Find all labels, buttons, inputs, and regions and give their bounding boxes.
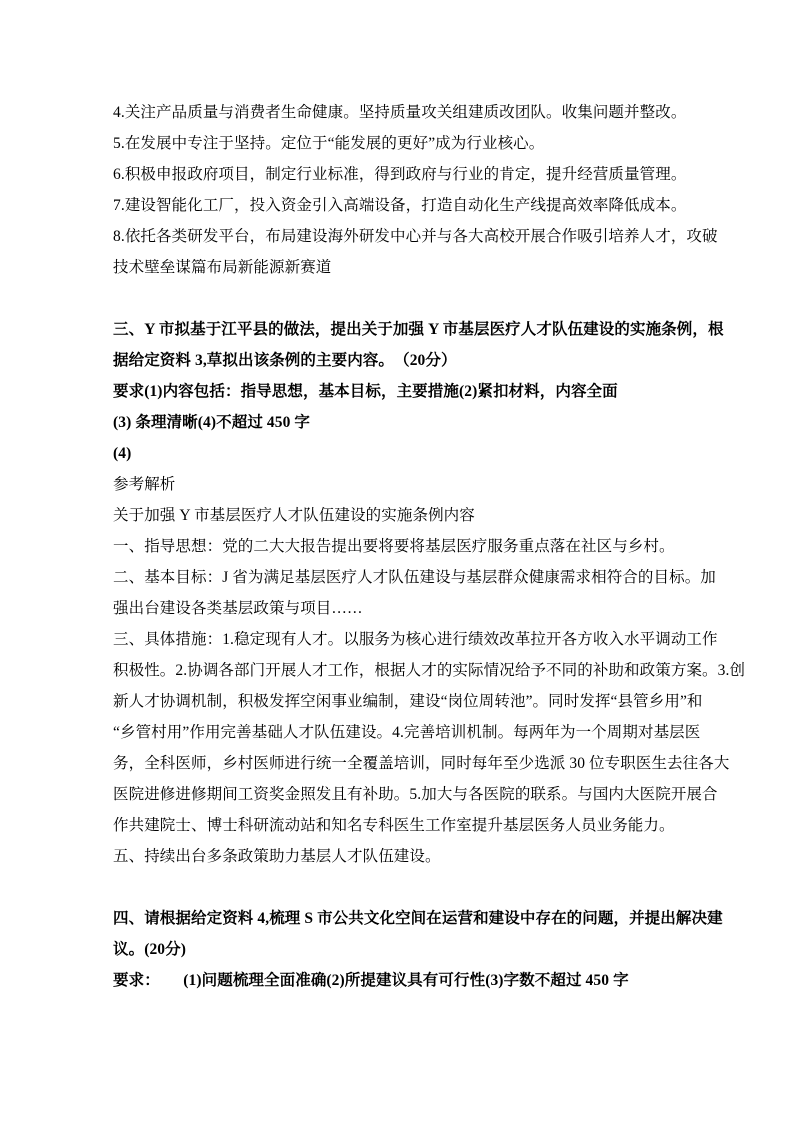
text-line: 参考解析 [113,469,695,500]
text-line: 5.在发展中专注于坚持。定位于“能发展的更好”成为行业核心。 [113,128,695,159]
text-line: 据给定资料 3,草拟出该条例的主要内容。 （20分） [113,345,695,376]
question-3-block: 三、Y 市拟基于江平县的做法，提出关于加强 Y 市基层医疗人才队伍建设的实施条例… [113,314,695,469]
text-line: (4) [113,438,695,469]
question-4-block: 四、请根据给定资料 4,梳理 S 市公共文化空间在运营和建设中存在的问题，并提出… [113,903,695,996]
document-page: 4.关注产品质量与消费者生命健康。坚持质量攻关组建质改团队。收集问题并整改。5.… [0,0,794,1123]
text-line: 技术壁垒谋篇布局新能源新赛道 [113,252,695,283]
text-line: 关于加强 Y 市基层医疗人才队伍建设的实施条例内容 [113,500,695,531]
text-line: 四、请根据给定资料 4,梳理 S 市公共文化空间在运营和建设中存在的问题，并提出… [113,903,695,934]
text-line: 7.建设智能化工厂，投入资金引入高端设备，打造自动化生产线提高效率降低成本。 [113,190,695,221]
text-line: 一、指导思想：党的二大大报告提出要将要将基层医疗服务重点落在社区与乡村。 [113,531,695,562]
text-line: 三、Y 市拟基于江平县的做法，提出关于加强 Y 市基层医疗人才队伍建设的实施条例… [113,314,695,345]
text-line: 医院进修进修期间工资奖金照发且有补助。5.加大与各医院的联系。与国内大医院开展合 [113,779,695,810]
text-line: “乡管村用”作用完善基础人才队伍建设。4.完善培训机制。每两年为一个周期对基层医 [113,717,695,748]
text-line: 6.积极申报政府项目，制定行业标准，得到政府与行业的肯定，提升经营质量管理。 [113,159,695,190]
text-line: 4.关注产品质量与消费者生命健康。坚持质量攻关组建质改团队。收集问题并整改。 [113,97,695,128]
text-line: 议。(20分) [113,934,695,965]
answer-3-block: 参考解析关于加强 Y 市基层医疗人才队伍建设的实施条例内容一、指导思想：党的二大… [113,469,695,872]
text-line: 务，全科医师，乡村医师进行统一全覆盖培训，同时每年至少选派 30 位专职医生去往… [113,748,695,779]
text-line: 强出台建设各类基层政策与项目…… [113,593,695,624]
material-points-block: 4.关注产品质量与消费者生命健康。坚持质量攻关组建质改团队。收集问题并整改。5.… [113,97,695,283]
text-line: 五、持续出台多条政策助力基层人才队伍建设。 [113,841,695,872]
text-line: 8.依托各类研发平台，布局建设海外研发中心并与各大高校开展合作吸引培养人才，攻破 [113,221,695,252]
text-line: 要求： (1)问题梳理全面准确(2)所提建议具有可行性(3)字数不超过 450 … [113,965,695,996]
text-line: 二、基本目标：J 省为满足基层医疗人才队伍建设与基层群众健康需求相符合的目标。加 [113,562,695,593]
text-line: 作共建院士、博士科研流动站和知名专科医生工作室提升基层医务人员业务能力。 [113,810,695,841]
document-content: 4.关注产品质量与消费者生命健康。坚持质量攻关组建质改团队。收集问题并整改。5.… [113,97,695,996]
text-line: 新人才协调机制，积极发挥空闲事业编制，建设“岗位周转池”。同时发挥“县管乡用”和 [113,686,695,717]
text-line: 三、具体措施：1.稳定现有人才。以服务为核心进行绩效改革拉开各方收入水平调动工作 [113,624,695,655]
text-line: 积极性。2.协调各部门开展人才工作，根据人才的实际情况给予不同的补助和政策方案。… [113,655,695,686]
text-line: 要求(1)内容包括：指导思想，基本目标，主要措施(2)紧扣材料，内容全面 [113,376,695,407]
text-line: (3) 条理清晰(4)不超过 450 字 [113,407,695,438]
